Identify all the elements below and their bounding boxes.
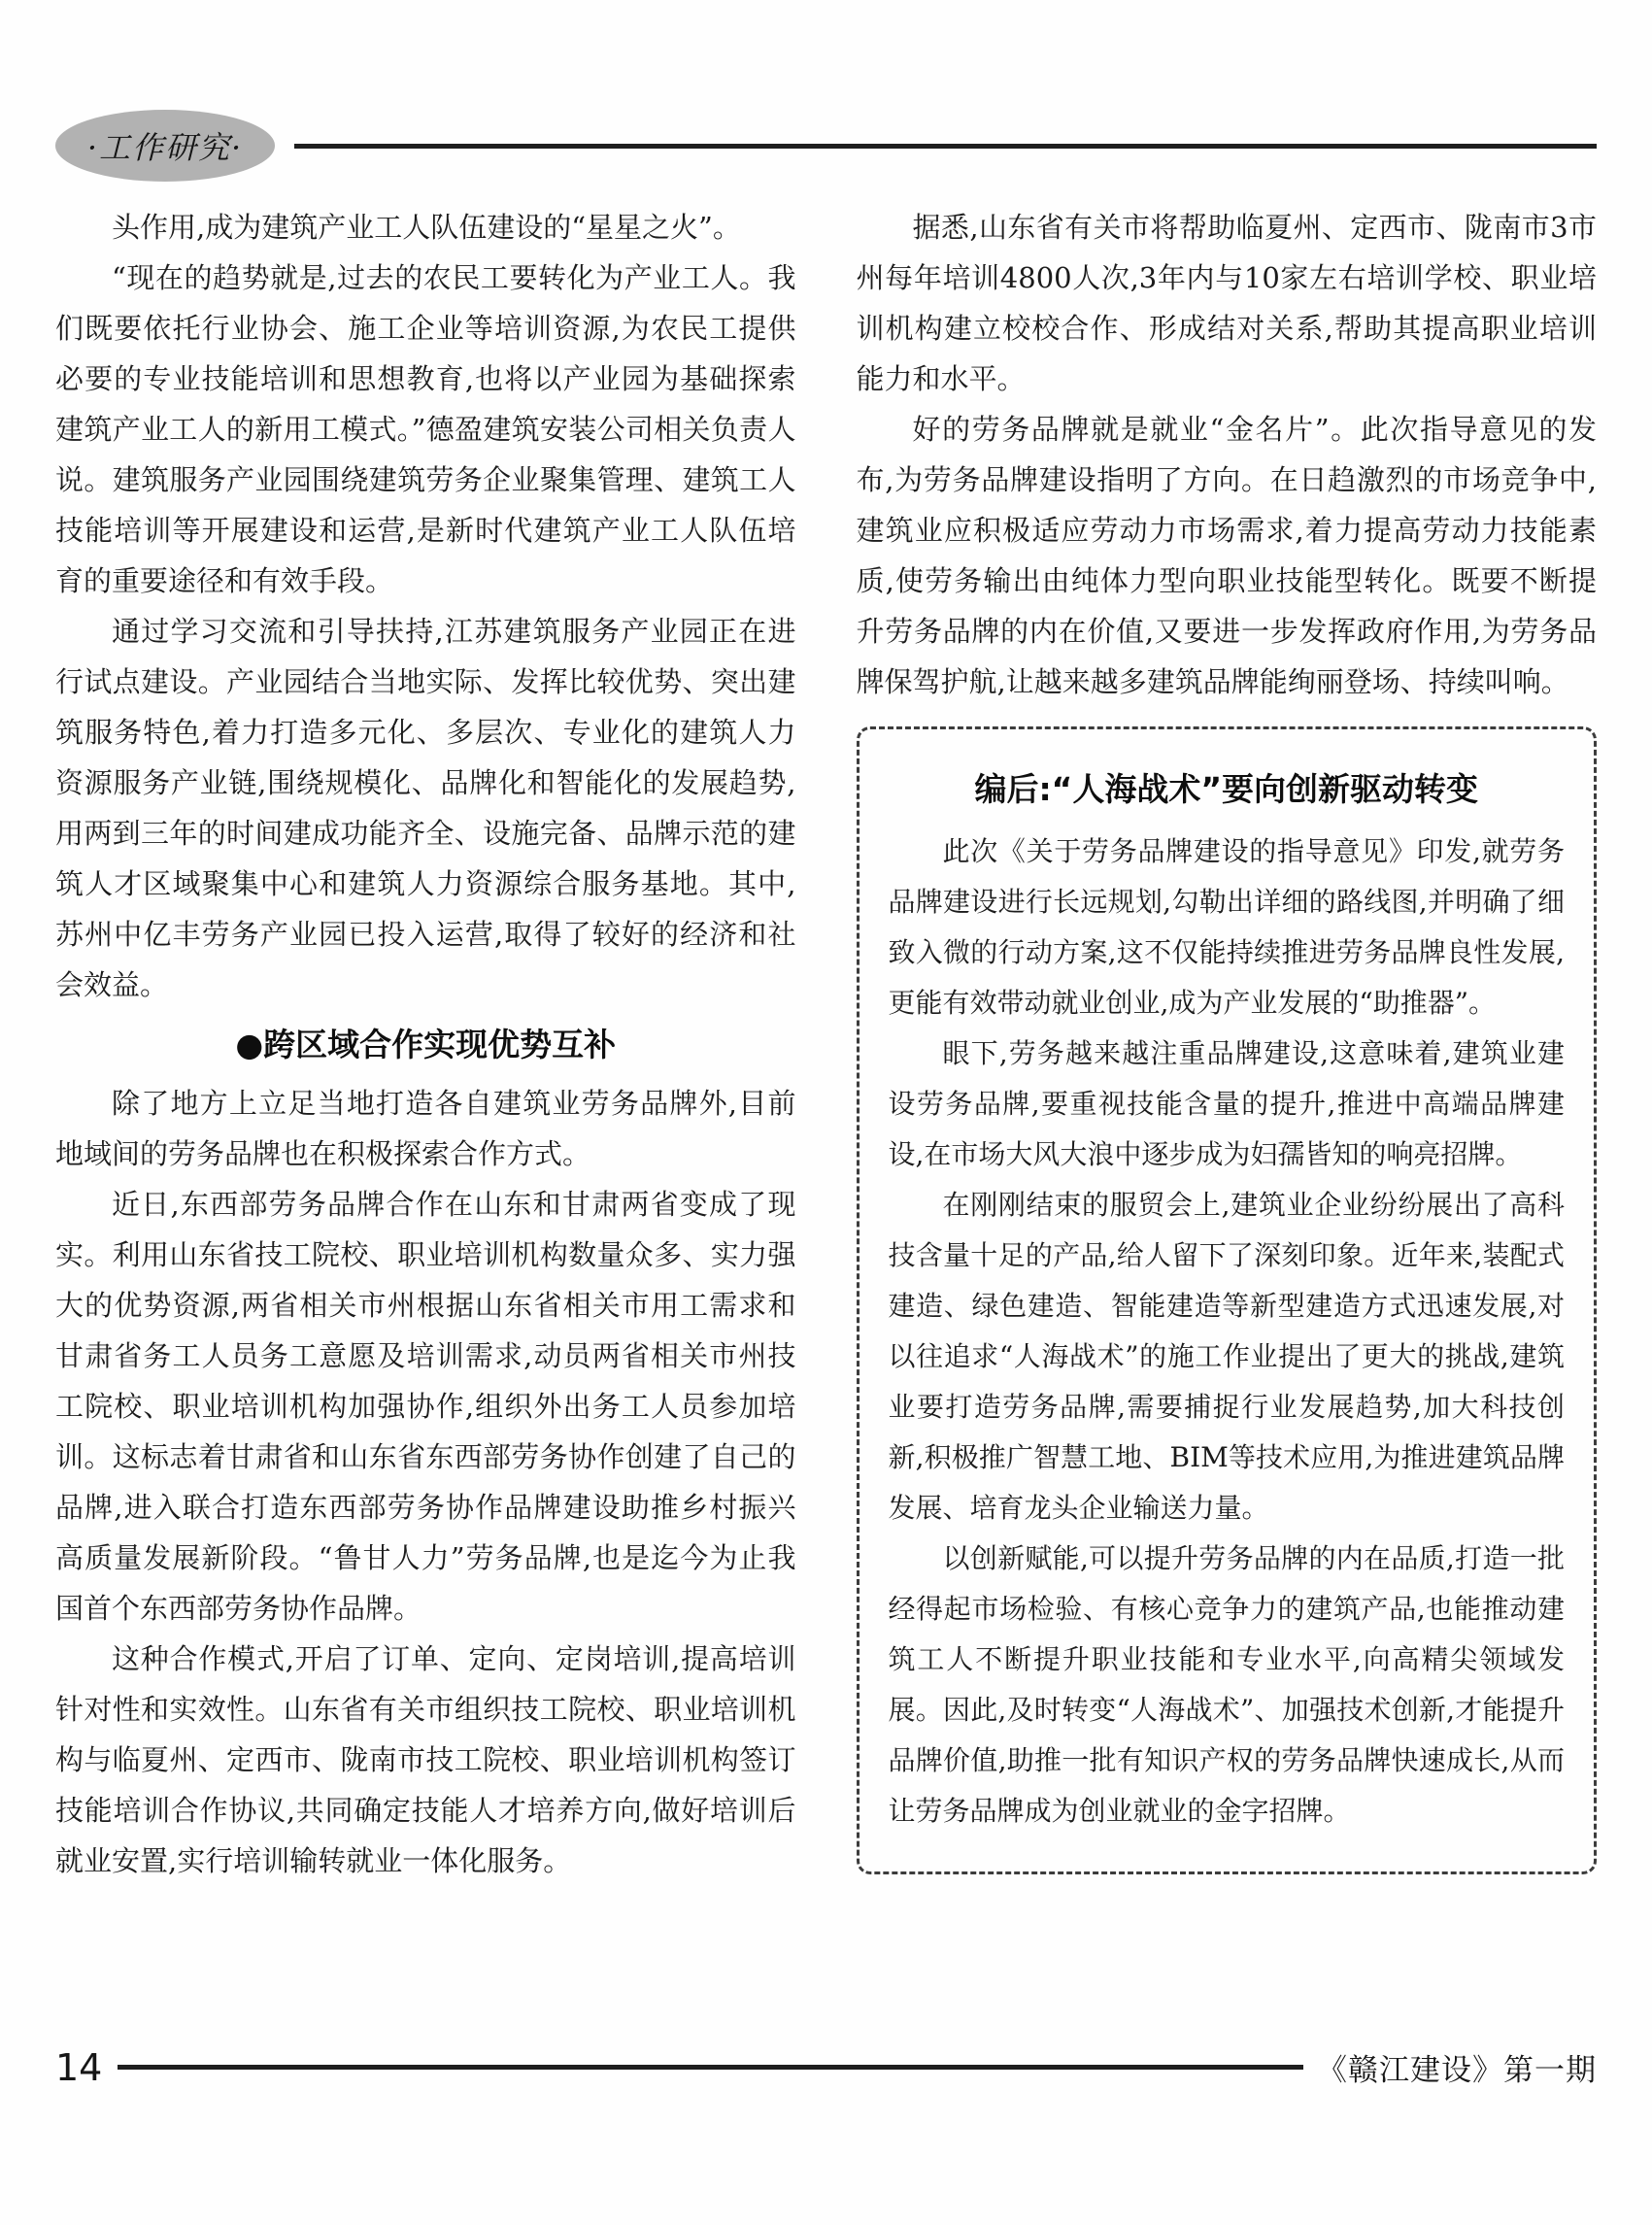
section-header: ·工作研究· <box>55 97 1597 194</box>
body-paragraph: 好的劳务品牌就是就业“金名片”。此次指导意见的发布,为劳务品牌建设指明了方向。在… <box>857 404 1598 707</box>
body-paragraph: “现在的趋势就是,过去的农民工要转化为产业工人。我们既要依托行业协会、施工企业等… <box>55 253 796 606</box>
section-badge-label: ·工作研究· <box>87 123 243 168</box>
editor-box-paragraph: 眼下,劳务越来越注重品牌建设,这意味着,建筑业建设劳务品牌,要重视技能含量的提升… <box>889 1028 1566 1180</box>
body-paragraph: 据悉,山东省有关市将帮助临夏州、定西市、陇南市3市州每年培训4800人次,3年内… <box>857 202 1598 404</box>
body-paragraph: 这种合作模式,开启了订单、定向、定岗培训,提高培训针对性和实效性。山东省有关市组… <box>55 1634 796 1886</box>
body-paragraph: 头作用,成为建筑产业工人队伍建设的“星星之火”。 <box>55 202 796 253</box>
page-footer: 14 《赣江建设》第一期 <box>55 2045 1597 2089</box>
editor-box-paragraph: 在刚刚结束的服贸会上,建筑业企业纷纷展出了高科技含量十足的产品,给人留下了深刻印… <box>889 1180 1566 1534</box>
body-paragraph: 除了地方上立足当地打造各自建筑业劳务品牌外,目前地域间的劳务品牌也在积极探索合作… <box>55 1078 796 1179</box>
editor-box-title: 编后:“人海战术”要向创新驱动转变 <box>889 766 1566 813</box>
section-badge: ·工作研究· <box>55 110 275 182</box>
right-column: 据悉,山东省有关市将帮助临夏州、定西市、陇南市3市州每年培训4800人次,3年内… <box>857 202 1598 1886</box>
section-heading: ●跨区域合作实现优势互补 <box>55 1020 796 1070</box>
header-rule <box>294 144 1597 149</box>
body-paragraph: 通过学习交流和引导扶持,江苏建筑服务产业园正在进行试点建设。产业园结合当地实际、… <box>55 606 796 1010</box>
footer-rule <box>118 2065 1303 2070</box>
editor-box-paragraph: 以创新赋能,可以提升劳务品牌的内在品质,打造一批经得起市场检验、有核心竞争力的建… <box>889 1534 1566 1837</box>
magazine-page: ·工作研究· 头作用,成为建筑产业工人队伍建设的“星星之火”。 “现在的趋势就是… <box>0 0 1652 2225</box>
journal-title: 《赣江建设》第一期 <box>1317 2045 1597 2089</box>
page-number: 14 <box>55 2046 102 2089</box>
editor-box-paragraph: 此次《关于劳务品牌建设的指导意见》印发,就劳务品牌建设进行长远规划,勾勒出详细的… <box>889 826 1566 1028</box>
article-columns: 头作用,成为建筑产业工人队伍建设的“星星之火”。 “现在的趋势就是,过去的农民工… <box>55 202 1597 1886</box>
editor-note-box: 编后:“人海战术”要向创新驱动转变 此次《关于劳务品牌建设的指导意见》印发,就劳… <box>857 726 1598 1874</box>
body-paragraph: 近日,东西部劳务品牌合作在山东和甘肃两省变成了现实。利用山东省技工院校、职业培训… <box>55 1179 796 1634</box>
left-column: 头作用,成为建筑产业工人队伍建设的“星星之火”。 “现在的趋势就是,过去的农民工… <box>55 202 796 1886</box>
